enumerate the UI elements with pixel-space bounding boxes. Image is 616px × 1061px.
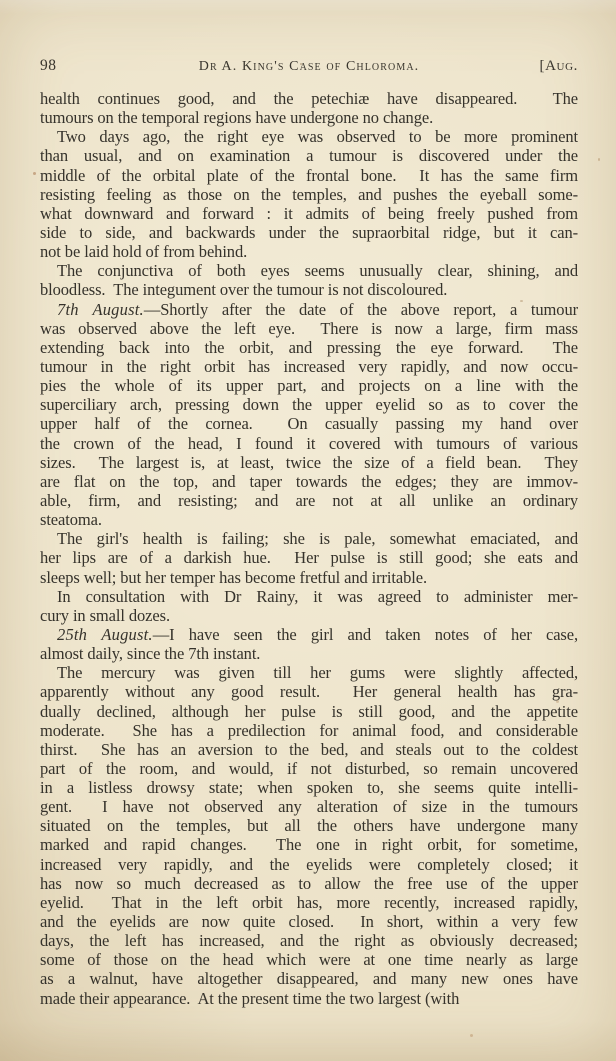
text-line: gent. I have not observed any alteration…: [40, 797, 578, 816]
text-line: tumour in the right orbit has increased …: [40, 357, 578, 376]
paragraph: 25th August.—I have seen the girl and ta…: [40, 625, 578, 663]
text-line: dually declined, although her pulse is s…: [40, 702, 578, 721]
text-line: made their appearance. At the present ti…: [40, 989, 578, 1008]
page-header: 98 Dr A. King's Case of Chloroma. [Aug.: [40, 56, 578, 76]
body-text: health continues good, and the petechiæ …: [40, 89, 578, 1008]
text-line: able, firm, and resisting; and are not a…: [40, 491, 578, 510]
text-line: in a listless drowsy state; when spoken …: [40, 778, 578, 797]
text-line: 7th August.—Shortly after the date of th…: [40, 300, 578, 319]
paragraph: Two days ago, the right eye was observed…: [40, 127, 578, 261]
text-line: sleeps well; but her temper has become f…: [40, 568, 578, 587]
text-line: pies the whole of its upper part, and pr…: [40, 376, 578, 395]
date-heading-italic: 25th August.: [57, 625, 153, 644]
paragraph: The mercury was given till her gums were…: [40, 663, 578, 1008]
paper-speckle: [470, 1034, 473, 1037]
text-line: part of the room, and would, if not dist…: [40, 759, 578, 778]
text-line: extending back into the orbit, and press…: [40, 338, 578, 357]
document-page: 98 Dr A. King's Case of Chloroma. [Aug. …: [0, 0, 616, 1061]
text-line: some of those on the head which were at …: [40, 950, 578, 969]
text-line: side to side, and backwards under the su…: [40, 223, 578, 242]
text-line: has now so much decreased as to allow th…: [40, 874, 578, 893]
text-line: as a walnut, have altogether disappeared…: [40, 969, 578, 988]
paragraph: The conjunctiva of both eyes seems unusu…: [40, 261, 578, 299]
text-line: The conjunctiva of both eyes seems unusu…: [40, 261, 578, 280]
text-line: eyelid. That in the left orbit has, more…: [40, 893, 578, 912]
text-line: what downward and forward : it admits of…: [40, 204, 578, 223]
text-line: The mercury was given till her gums were…: [40, 663, 578, 682]
text-line: are flat on the top, and taper towards t…: [40, 472, 578, 491]
text-line: increased very rapidly, and the eyelids …: [40, 855, 578, 874]
text-line: not be laid hold of from behind.: [40, 242, 578, 261]
text-line: health continues good, and the petechiæ …: [40, 89, 578, 108]
text-line: moderate. She has a predilection for ani…: [40, 721, 578, 740]
text-line: cury in small dozes.: [40, 606, 578, 625]
text-line: days, the left has increased, and the ri…: [40, 931, 578, 950]
running-title: Dr A. King's Case of Chloroma.: [110, 57, 508, 77]
text-line: almost daily, since the 7th instant.: [40, 644, 578, 663]
paper-speckle: [33, 172, 36, 175]
paragraph: health continues good, and the petechiæ …: [40, 89, 578, 127]
text-line: than usual, and on examination a tumour …: [40, 146, 578, 165]
page-number: 98: [40, 56, 110, 76]
text-line: 25th August.—I have seen the girl and ta…: [40, 625, 578, 644]
text-line: In consultation with Dr Rainy, it was ag…: [40, 587, 578, 606]
text-line: The girl's health is failing; she is pal…: [40, 529, 578, 548]
text-line: was observed above the left eye. There i…: [40, 319, 578, 338]
text-line: superciliary arch, pressing down the upp…: [40, 395, 578, 414]
text-line: middle of the orbital plate of the front…: [40, 166, 578, 185]
issue-marker: [Aug.: [508, 56, 578, 76]
paragraph: The girl's health is failing; she is pal…: [40, 529, 578, 586]
paragraph: 7th August.—Shortly after the date of th…: [40, 300, 578, 530]
text-line: situated on the temples, but all the oth…: [40, 816, 578, 835]
date-heading-italic: 7th August.: [57, 300, 144, 319]
paper-speckle: [598, 158, 600, 161]
text-line: marked and rapid changes. The one in rig…: [40, 835, 578, 854]
text-line: sizes. The largest is, at least, twice t…: [40, 453, 578, 472]
text-line: thirst. She has an aversion to the bed, …: [40, 740, 578, 759]
page-content: 98 Dr A. King's Case of Chloroma. [Aug. …: [40, 56, 578, 1008]
paragraph: In consultation with Dr Rainy, it was ag…: [40, 587, 578, 625]
text-line: resisting feeling as those on the temple…: [40, 185, 578, 204]
text-line: upper half of the cornea. On casually pa…: [40, 414, 578, 433]
text-line: tumours on the temporal regions have und…: [40, 108, 578, 127]
text-line: Two days ago, the right eye was observed…: [40, 127, 578, 146]
text-line: the crown of the head, I found it covere…: [40, 434, 578, 453]
text-line: her lips are of a darkish hue. Her pulse…: [40, 548, 578, 567]
text-line: and the eyelids are now quite closed. In…: [40, 912, 578, 931]
text-line: apparently without any good result. Her …: [40, 682, 578, 701]
text-line: bloodless. The integument over the tumou…: [40, 280, 578, 299]
text-line: steatoma.: [40, 510, 578, 529]
